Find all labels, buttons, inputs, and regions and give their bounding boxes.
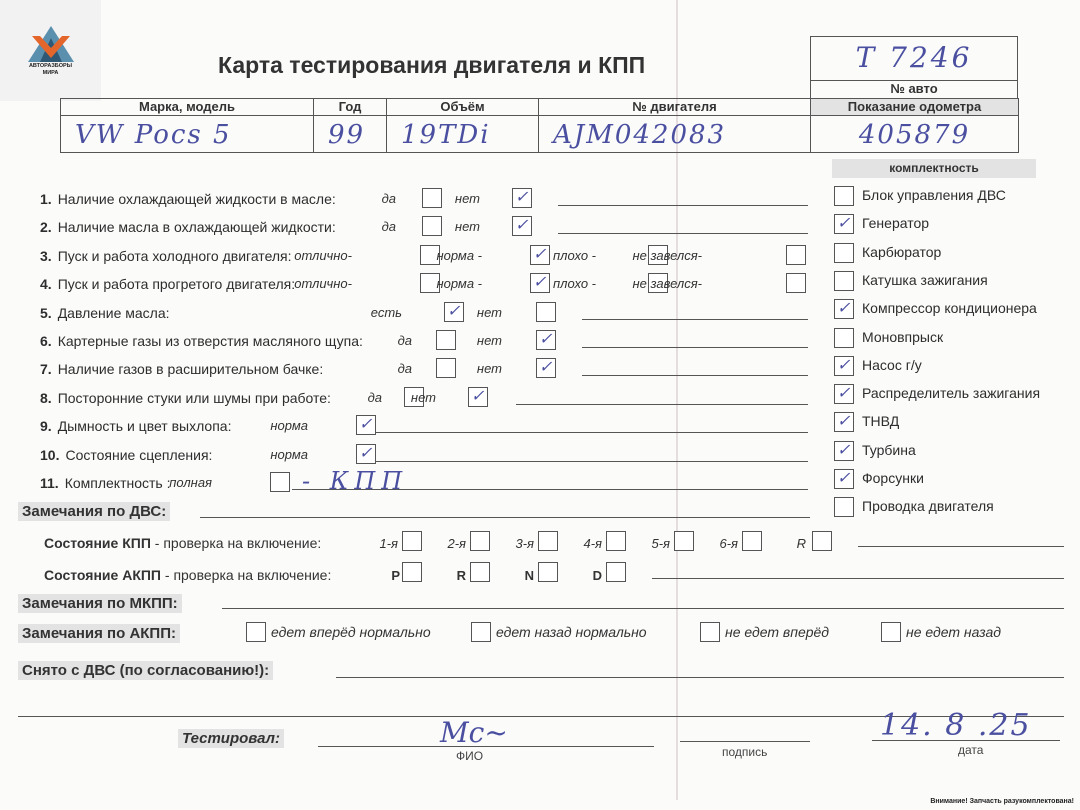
question-label: Дымность и цвет выхлопа: [58,418,232,434]
gear-label: 5-я [651,536,670,551]
table-value-cell[interactable]: 405879 [810,115,1019,153]
option-label: отлично- [294,248,352,263]
page-title: Карта тестирования двигателя и КПП [218,52,645,79]
question-label: Наличие газов в расширительном бачке: [58,361,324,377]
question-number: 2. [40,219,52,235]
option-label: да [382,191,396,206]
question-notes-input[interactable] [582,347,808,348]
option-label: нет [455,191,480,206]
kit-title: комплектность [832,159,1036,178]
table-header-cell: Показание одометра [810,98,1019,116]
check-mark-icon: ✓ [359,443,372,463]
kit-checkbox[interactable]: ✓ [834,441,854,461]
logo-icon [26,24,76,64]
question-notes-input[interactable] [582,375,808,376]
check-mark-icon: ✓ [471,386,484,406]
option-checkbox[interactable]: ✓ [530,245,550,265]
question-number: 11. [40,475,59,491]
logo-text-line1: АВТОРАЗБОРЫ [0,63,101,69]
kit-item-label: Компрессор кондиционера [862,300,1037,316]
option-label: плохо - [553,248,596,263]
table-value-cell[interactable]: 19TDi [386,115,539,153]
option-label: да [398,333,412,348]
gear-checkbox[interactable] [538,531,558,551]
option-checkbox[interactable]: ✓ [512,188,532,208]
option-label: нет [411,390,436,405]
gear-checkbox[interactable] [606,562,626,582]
option-label: плохо - [553,276,596,291]
option-label: да [398,361,412,376]
check-mark-icon: ✓ [837,440,850,460]
car-number-value: Т 7246 [811,41,1017,74]
question-notes-input[interactable] [376,461,808,462]
question-text: 6.Картерные газы из отверстия масляного … [40,333,363,349]
check-mark-icon: ✓ [515,187,528,207]
question-label: Наличие масла в охлаждающей жидкости: [58,219,336,235]
check-mark-icon: ✓ [837,298,850,318]
logo: АВТОРАЗБОРЫ МИРА [0,0,101,101]
gear-label: P [391,568,400,583]
kit-checkbox[interactable] [834,497,854,517]
kit-item-label: Турбина [862,442,916,458]
gear-checkbox[interactable] [470,562,490,582]
option-checkbox[interactable] [422,188,442,208]
gear-checkbox[interactable] [742,531,762,551]
kit-checkbox[interactable] [834,243,854,263]
option-label: не завелся- [632,276,702,291]
option-label: есть [371,305,402,320]
table-value-cell[interactable]: VW Pocs 5 [60,115,314,153]
option-label: норма [270,447,308,462]
gear-label: R [797,536,806,551]
auto-remarks-label: Замечания по АКПП: [18,624,180,643]
gear-label: 1-я [379,536,398,551]
kit-item-label: ТНВД [862,413,899,429]
option-checkbox[interactable] [786,273,806,293]
question-text: 4.Пуск и работа прогретого двигателя: [40,276,295,292]
signature-input[interactable] [680,741,810,742]
gear-checkbox[interactable] [538,562,558,582]
question-text: 10.Состояние сцепления: [40,447,212,463]
footnote: Внимание! Запчасть разукомплектована! [930,798,1074,805]
kit-checkbox[interactable] [834,271,854,291]
question-number: 6. [40,333,52,349]
question-notes-input[interactable] [376,432,808,433]
kit-item-label: Проводка двигателя [862,498,994,514]
kit-checkbox[interactable]: ✓ [834,356,854,376]
option-label: нет [477,361,502,376]
question-label: Наличие охлаждающей жидкости в масле: [58,191,336,207]
table-value-cell[interactable]: 99 [313,115,387,153]
option-checkbox[interactable] [422,216,442,236]
kit-checkbox[interactable]: ✓ [834,299,854,319]
question-text: 1.Наличие охлаждающей жидкости в масле: [40,191,336,207]
kit-checkbox[interactable]: ✓ [834,469,854,489]
gear-checkbox[interactable] [674,531,694,551]
gear-label: 6-я [719,536,738,551]
gear-checkbox[interactable] [470,531,490,551]
question-label: Комплектность : [65,475,171,491]
question-text: 11.Комплектность : [40,475,171,491]
check-mark-icon: ✓ [837,468,850,488]
check-mark-icon: ✓ [539,329,552,349]
table-header-cell: Марка, модель [60,98,314,116]
tested-by-label: Тестировал: [178,729,284,748]
logo-text-line2: МИРА [0,70,101,76]
option-label: нет [455,219,480,234]
question-notes-input[interactable] [558,233,808,234]
question-text: 7.Наличие газов в расширительном бачке: [40,361,323,377]
question-label: Картерные газы из отверстия масляного щу… [58,333,363,349]
table-header-cell: Год [313,98,387,116]
signature-caption: подпись [722,745,767,759]
auto-remark-label: не едет вперёд [725,624,829,640]
option-checkbox[interactable] [270,472,290,492]
table-header-cell: Объём [386,98,539,116]
auto-remark-checkbox[interactable] [246,622,266,642]
manual-gear-check-label: Состояние КПП - проверка на включение: [44,535,321,551]
date-caption: дата [958,743,983,757]
option-checkbox[interactable]: ✓ [530,273,550,293]
question-number: 5. [40,305,52,321]
table-value-cell[interactable]: AJM042083 [538,115,811,153]
option-checkbox[interactable]: ✓ [356,415,376,435]
gear-checkbox[interactable] [402,562,422,582]
question-notes-input[interactable] [516,404,808,405]
question-number: 7. [40,361,52,377]
gear-label: 2-я [447,536,466,551]
question-text: 2.Наличие масла в охлаждающей жидкости: [40,219,336,235]
table-header-cell: № двигателя [538,98,811,116]
date-input[interactable] [872,740,1060,741]
question-text: 5.Давление масла: [40,305,170,321]
kit-checkbox[interactable]: ✓ [834,214,854,234]
option-checkbox[interactable]: ✓ [536,358,556,378]
check-mark-icon: ✓ [533,244,546,264]
question-label: Пуск и работа прогретого двигателя: [58,276,295,292]
option-checkbox[interactable] [436,330,456,350]
option-checkbox[interactable]: ✓ [468,387,488,407]
question-number: 1. [40,191,52,207]
option-label: норма - [436,248,482,263]
question-number: 4. [40,276,52,292]
question-notes-input[interactable] [558,205,808,206]
tester-name-value: Мс~ [440,716,508,749]
auto-remark-label: не едет назад [906,624,1001,640]
manual-gear-notes-input[interactable] [858,546,1064,547]
auto-gear-check-label: Состояние АКПП - проверка на включение: [44,567,331,583]
question-number: 10. [40,447,59,463]
question-note-value: - КПП [302,467,408,495]
question-text: 8.Посторонние стуки или шумы при работе: [40,390,331,406]
option-checkbox[interactable] [536,302,556,322]
auto-remark-label: едет назад нормально [496,624,647,640]
option-label: да [382,219,396,234]
check-mark-icon: ✓ [359,414,372,434]
question-number: 8. [40,390,52,406]
kit-item-label: Блок управления ДВС [862,187,1006,203]
option-label: да [368,390,382,405]
option-label: нет [477,305,502,320]
question-text: 3.Пуск и работа холодного двигателя: [40,248,292,264]
check-mark-icon: ✓ [515,215,528,235]
option-label: нет [477,333,502,348]
name-caption: ФИО [456,749,483,763]
kit-item-label: Катушка зажигания [862,272,988,288]
check-mark-icon: ✓ [837,213,850,233]
kit-item-label: Генератор [862,215,929,231]
kit-item-label: Карбюратор [862,244,941,260]
tester-name-input[interactable] [318,746,654,747]
gear-label: D [593,568,602,583]
option-label: норма [270,418,308,433]
option-checkbox[interactable] [786,245,806,265]
gear-label: 3-я [515,536,534,551]
option-checkbox[interactable]: ✓ [444,302,464,322]
auto-remark-checkbox[interactable] [881,622,901,642]
manual-remarks-label: Замечания по МКПП: [18,594,182,613]
question-text: 9.Дымность и цвет выхлопа: [40,418,231,434]
ice-remarks-input[interactable] [200,517,810,518]
ice-remarks-label: Замечания по ДВС: [18,502,170,521]
option-checkbox[interactable] [436,358,456,378]
gear-checkbox[interactable] [402,531,422,551]
manual-remarks-input[interactable] [222,608,1064,609]
question-label: Пуск и работа холодного двигателя: [58,248,292,264]
car-number-label: № авто [810,80,1018,98]
auto-remark-checkbox[interactable] [471,622,491,642]
auto-remark-label: едет вперёд нормально [271,624,431,640]
option-checkbox[interactable]: ✓ [356,444,376,464]
kit-item-label: Моновпрыск [862,329,943,345]
question-notes-input[interactable] [582,319,808,320]
option-label: не завелся- [632,248,702,263]
option-label: полная [169,475,212,490]
option-label: отлично- [294,276,352,291]
check-mark-icon: ✓ [837,355,850,375]
check-mark-icon: ✓ [447,301,460,321]
kit-checkbox[interactable]: ✓ [834,384,854,404]
question-number: 9. [40,418,52,434]
option-checkbox[interactable]: ✓ [512,216,532,236]
kit-checkbox[interactable] [834,186,854,206]
question-label: Посторонние стуки или шумы при работе: [58,390,331,406]
question-number: 3. [40,248,52,264]
kit-item-label: Распределитель зажигания [862,385,1040,401]
kit-checkbox[interactable]: ✓ [834,412,854,432]
gear-label: N [525,568,534,583]
check-mark-icon: ✓ [837,383,850,403]
car-number-field[interactable]: Т 7246 [810,36,1018,81]
kit-checkbox[interactable] [834,328,854,348]
gear-label: 4-я [583,536,602,551]
gear-label: R [457,568,466,583]
removed-label: Снято с ДВС (по согласованию!): [18,661,273,680]
auto-gear-notes-input[interactable] [652,578,1064,579]
kit-item-label: Насос г/у [862,357,922,373]
gear-checkbox[interactable] [606,531,626,551]
question-label: Давление масла: [58,305,170,321]
removed-input[interactable] [336,677,1064,678]
date-value: 14. 8 .25 [880,708,1032,743]
option-label: норма - [436,276,482,291]
check-mark-icon: ✓ [837,411,850,431]
check-mark-icon: ✓ [533,272,546,292]
option-checkbox[interactable]: ✓ [536,330,556,350]
check-mark-icon: ✓ [539,357,552,377]
gear-checkbox[interactable] [812,531,832,551]
question-label: Состояние сцепления: [65,447,212,463]
kit-item-label: Форсунки [862,470,924,486]
auto-remark-checkbox[interactable] [700,622,720,642]
